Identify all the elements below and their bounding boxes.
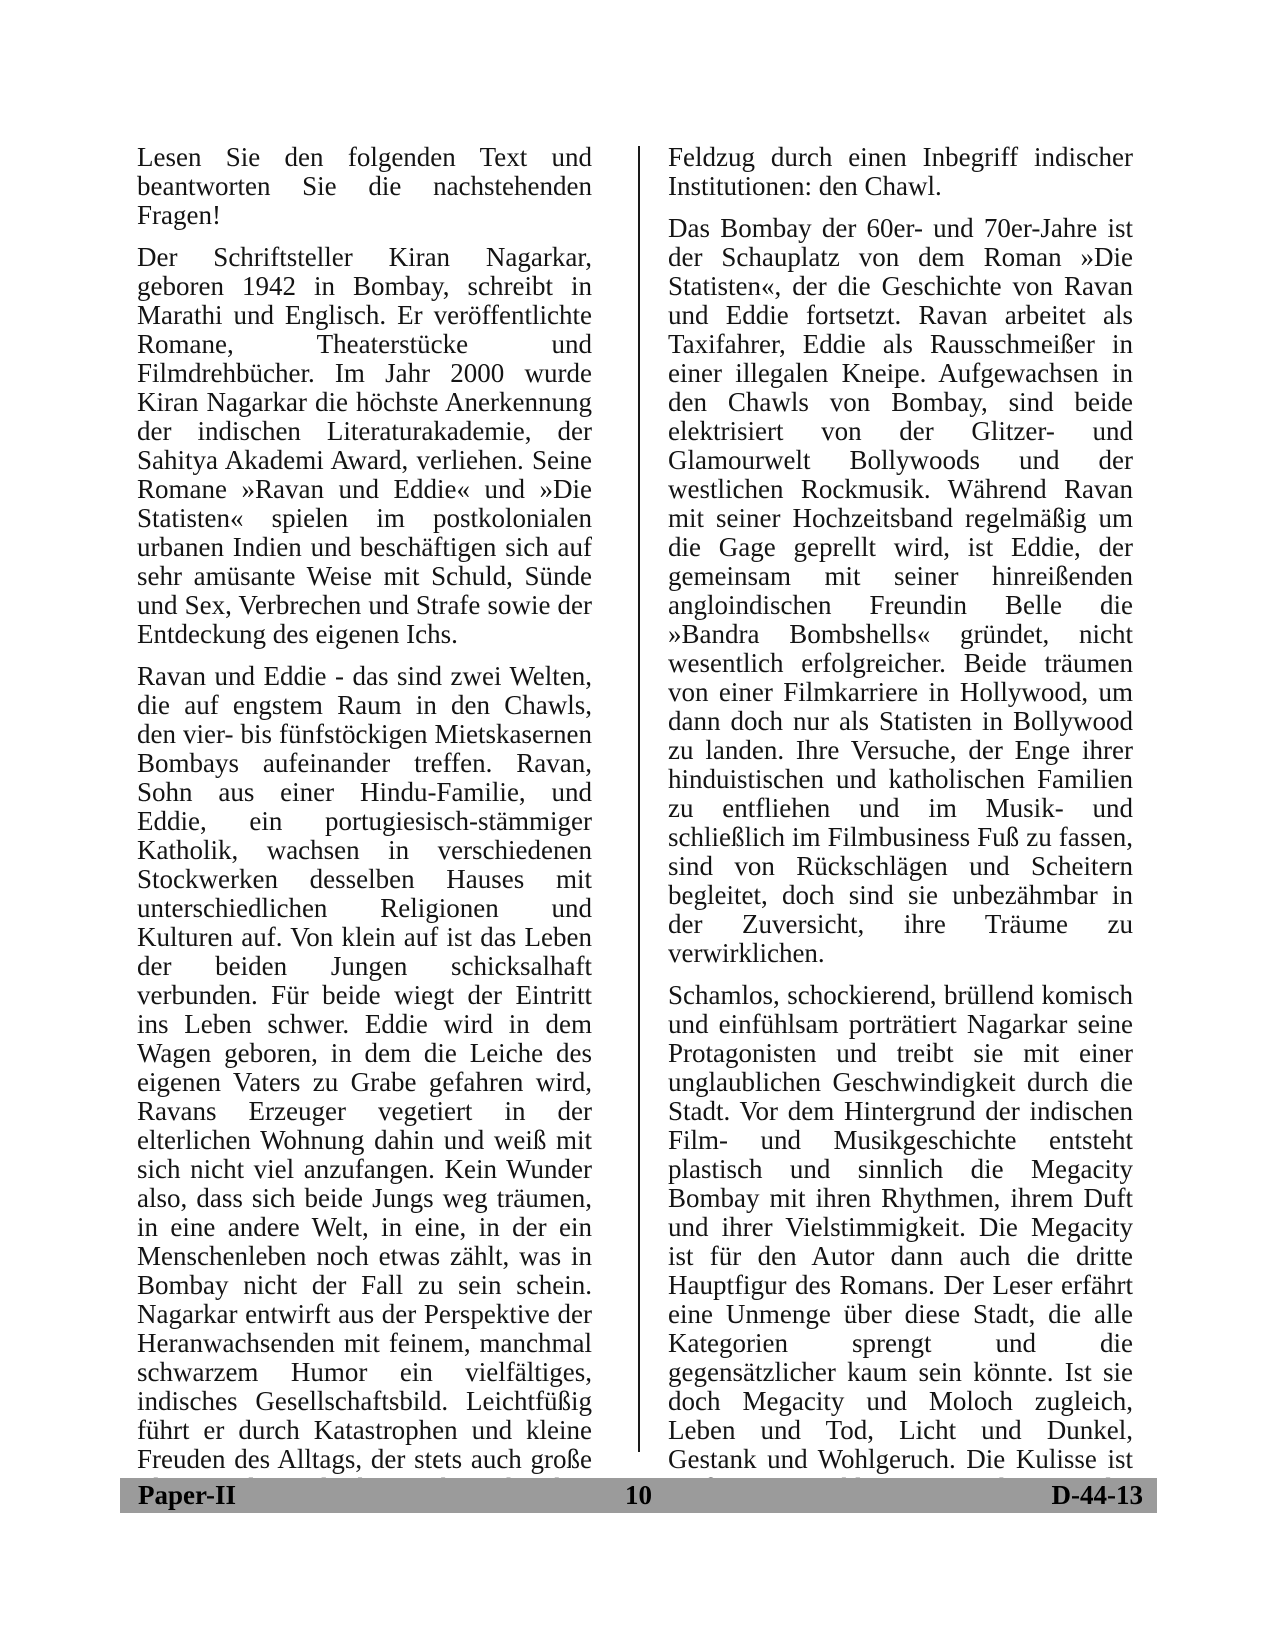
paragraph-das-bombay: Das Bombay der 60er- und 70er-Jahre ist … — [668, 214, 1133, 968]
paragraph-author-bio: Der Schriftsteller Kiran Nagarkar, gebor… — [137, 243, 592, 649]
footer-bar: Paper-II 10 D-44-13 — [120, 1478, 1157, 1513]
paragraph-feldzug: Feldzug durch einen Inbegriff indischer … — [668, 143, 1133, 201]
footer-page-number: 10 — [625, 1480, 652, 1511]
paragraph-intro: Lesen Sie den folgenden Text und beantwo… — [137, 143, 592, 230]
paragraph-ravan-eddie: Ravan und Eddie - das sind zwei Welten, … — [137, 662, 592, 1478]
right-column: Feldzug durch einen Inbegriff indischer … — [668, 143, 1133, 1478]
footer-document-code: D-44-13 — [652, 1480, 1157, 1511]
left-column: Lesen Sie den folgenden Text und beantwo… — [137, 143, 592, 1478]
footer-paper-label: Paper-II — [120, 1480, 625, 1511]
paragraph-schamlos: Schamlos, schockierend, brüllend komisch… — [668, 981, 1133, 1478]
document-page: Lesen Sie den folgenden Text und beantwo… — [0, 0, 1275, 1650]
column-divider — [638, 146, 640, 1452]
